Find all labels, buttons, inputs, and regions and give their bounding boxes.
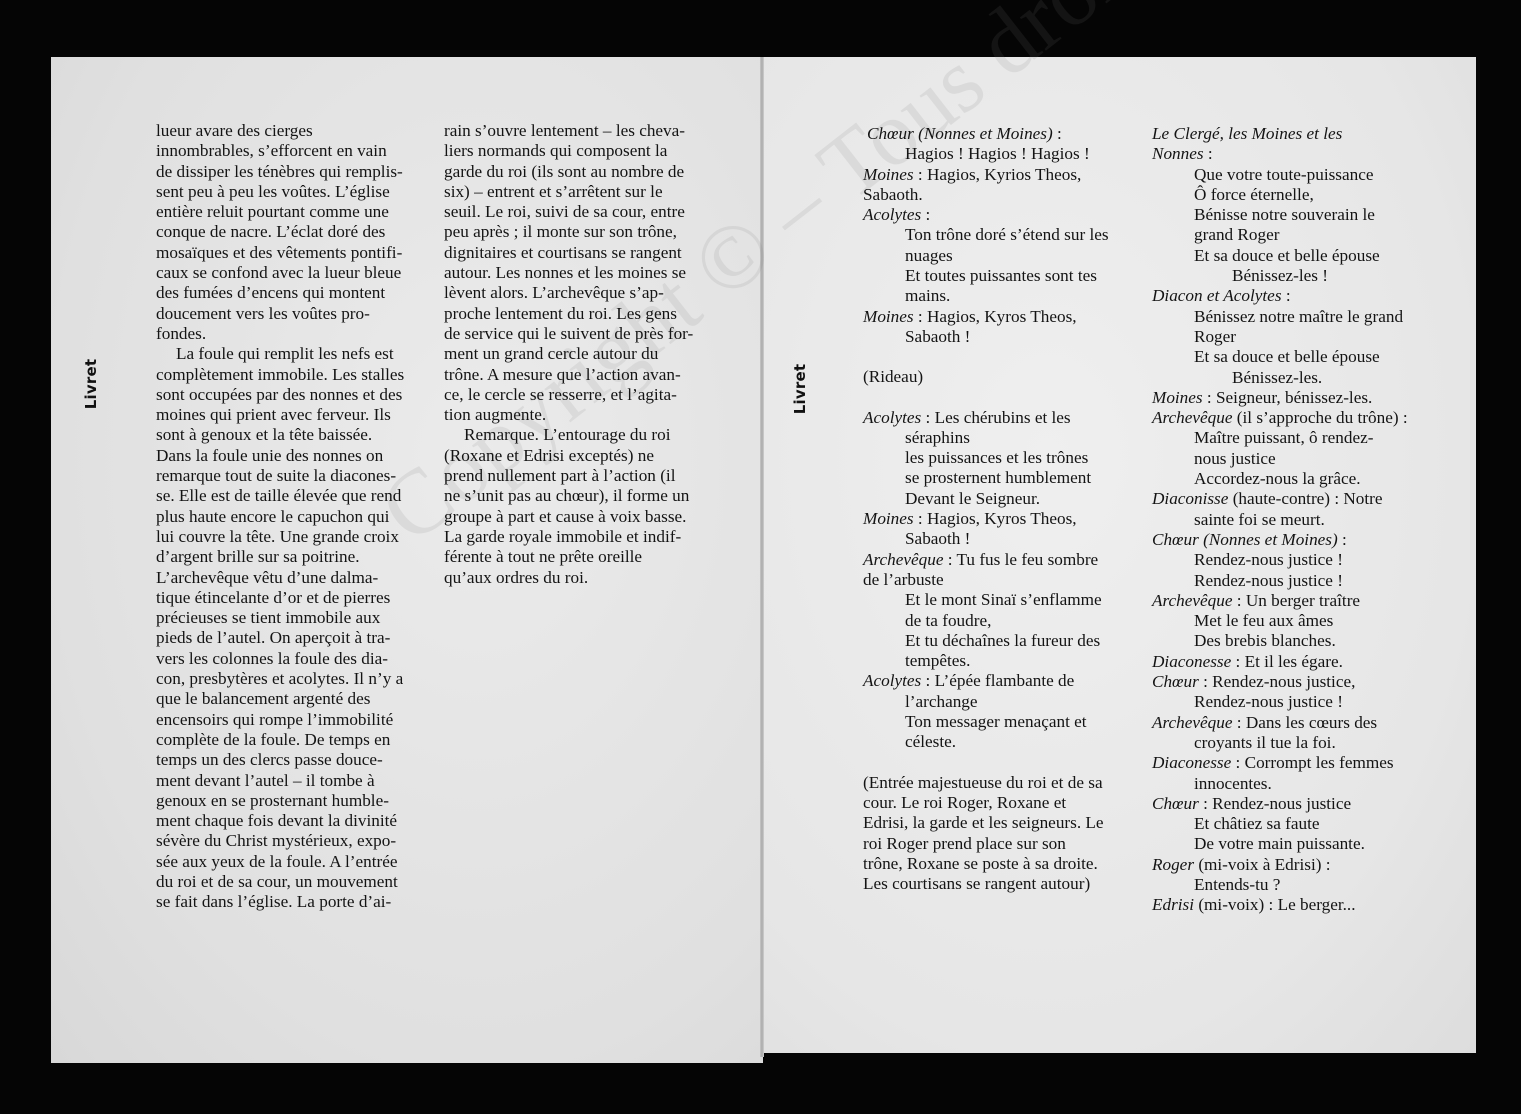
line-text: Bénissez notre maître le grand [1194,307,1403,326]
verse-line: Edrisi, la garde et les seigneurs. Le [863,813,1143,833]
verse-line: Ton messager menaçant et [863,712,1143,732]
text-line: caux se confond avec la lueur bleue [156,263,431,283]
line-text: se prosternent humblement [905,468,1091,487]
dialogue-line: Chœur : Rendez-nous justice [1152,794,1442,814]
speaker-name: Chœur [1152,794,1199,813]
text-line: complètement immobile. Les stalles [156,365,431,385]
verse-line: Les courtisans se rangent autour) [863,874,1143,894]
verse-line: tempêtes. [863,651,1143,671]
speaker-name: Acolytes [863,205,921,224]
speaker-name: Moines [863,509,914,528]
text-line: ment chaque fois devant la divinité [156,811,431,831]
line-text: Edrisi, la garde et les seigneurs. Le [863,813,1104,832]
text-line: tique étincelante d’or et de pierres [156,588,431,608]
line-text: Sabaoth. [863,185,923,204]
text-line: seuil. Le roi, suivi de sa cour, entre [444,202,724,222]
line-text: : Dans les cœurs des [1232,713,1377,732]
line-text: Roger [1194,327,1236,346]
speaker-name: Edrisi [1152,895,1194,914]
line-text: trône, Roxane se poste à sa droite. [863,854,1098,873]
line-text: Met le feu aux âmes [1194,611,1333,630]
line-text: (mi-voix) : Le berger... [1194,895,1355,914]
speaker-name: Archevêque [1152,591,1232,610]
speaker-name: Diaconisse [1152,489,1228,508]
verse-line: Ton trône doré s’étend sur les [863,225,1143,245]
speaker-name: Moines [1152,388,1203,407]
line-text: : Un berger traître [1232,591,1360,610]
speaker-name: Acolytes [863,408,921,427]
verse-line: de l’arbuste [863,570,1143,590]
line-text: De votre main puissante. [1194,834,1365,853]
text-line: du roi et de sa cour, un mouvement [156,872,431,892]
dialogue-line: Moines : Seigneur, bénissez-les. [1152,388,1442,408]
text-line: La foule qui remplit les nefs est [156,344,431,364]
dialogue-line: Diaconesse : Et il les égare. [1152,652,1442,672]
dialogue-line: Moines : Hagios, Kyros Theos, [863,509,1143,529]
line-text: de ta foudre, [905,611,991,630]
verse-line: Roger [1152,327,1442,347]
spacer [863,753,1143,773]
verse-line: mains. [863,286,1143,306]
line-text: Ton messager menaçant et [905,712,1087,731]
verse-line: Rendez-nous justice ! [1152,692,1442,712]
text-line: complète de la foule. De temps en [156,730,431,750]
line-text: Sabaoth ! [905,529,970,548]
line-text: Bénisse notre souverain le [1194,205,1375,224]
dialogue-line: Archevêque (il s’approche du trône) : [1152,408,1442,428]
line-text: croyants il tue la foi. [1194,733,1336,752]
line-text: (haute-contre) : Notre [1228,489,1382,508]
line-text: Rendez-nous justice ! [1194,571,1343,590]
line-text: les puissances et les trônes [905,448,1088,467]
verse-line: (Entrée majestueuse du roi et de sa [863,773,1143,793]
line-text: Et sa douce et belle épouse [1194,347,1380,366]
line-text: Et tu déchaînes la fureur des [905,631,1100,650]
verse-line: les puissances et les trônes [863,448,1143,468]
text-line: lueur avare des cierges [156,121,431,141]
spacer [863,347,1143,367]
text-line: sent peu à peu les voûtes. L’église [156,182,431,202]
dialogue-line: Diaconisse (haute-contre) : Notre [1152,489,1442,509]
verse-line: Des brebis blanches. [1152,631,1442,651]
verse-line: de ta foudre, [863,611,1143,631]
text-line: La garde royale immobile et indif- [444,527,724,547]
text-line: plus haute encore le capuchon qui [156,507,431,527]
dialogue-line: Acolytes : [863,205,1143,225]
verse-line: Ô force éternelle, [1152,185,1442,205]
dialogue-line: Moines : Hagios, Kyrios Theos, [863,165,1143,185]
line-text: Et toutes puissantes sont tes [905,266,1097,285]
line-text: Rendez-nous justice ! [1194,550,1343,569]
line-text: tempêtes. [905,651,970,670]
speaker-name: Diacon et Acolytes [1152,286,1282,305]
verse-line: trône, Roxane se poste à sa droite. [863,854,1143,874]
text-line: Remarque. L’entourage du roi [444,425,724,445]
text-line: qu’aux ordres du roi. [444,568,724,588]
line-text: Bénissez-les. [1232,368,1322,387]
text-line: que le balancement argenté des [156,689,431,709]
text-line: Dans la foule unie des nonnes on [156,446,431,466]
line-text: : [1053,124,1062,143]
dialogue-line: Archevêque : Dans les cœurs des [1152,713,1442,733]
text-line: lèvent alors. L’archevêque s’ap- [444,283,724,303]
line-text: : [1204,144,1213,163]
text-line: encensoirs qui rompe l’immobilité [156,710,431,730]
verse-line: se prosternent humblement [863,468,1143,488]
speaker-name: Chœur (Nonnes et Moines) [1152,530,1338,549]
verse-line: Devant le Seigneur. [863,489,1143,509]
line-text: (mi-voix à Edrisi) : [1194,855,1331,874]
dialogue-line: Archevêque : Un berger traître [1152,591,1442,611]
line-text: : [1338,530,1347,549]
line-text: Et châtiez sa faute [1194,814,1320,833]
speaker-name: Diaconesse [1152,753,1231,772]
line-text: Que votre toute-puissance [1194,165,1373,184]
verse-line: séraphins [863,428,1143,448]
text-line: peu après ; il monte sur son trône, [444,222,724,242]
speaker-name: Moines [863,165,914,184]
verse-line: innocentes. [1152,774,1442,794]
verse-line: Hagios ! Hagios ! Hagios ! [863,144,1143,164]
verse-line: (Rideau) [863,367,1143,387]
text-line: entière reluit pourtant comme une [156,202,431,222]
text-line: L’archevêque vêtu d’une dalma- [156,568,431,588]
line-text: (Entrée majestueuse du roi et de sa [863,773,1103,792]
text-line: groupe à part et cause à voix basse. [444,507,724,527]
line-text: séraphins [905,428,970,447]
verse-line: Bénissez-les ! [1152,266,1442,286]
verse-line: sainte foi se meurt. [1152,510,1442,530]
left-side-label: Livret [82,359,100,409]
line-text: Accordez-nous la grâce. [1194,469,1361,488]
dialogue-line: Chœur : Rendez-nous justice, [1152,672,1442,692]
text-line: conque de nacre. L’éclat doré des [156,222,431,242]
verse-line: De votre main puissante. [1152,834,1442,854]
verse-line: nuages [863,246,1143,266]
verse-line: Rendez-nous justice ! [1152,550,1442,570]
speaker-name: Acolytes [863,671,921,690]
verse-line: céleste. [863,732,1143,752]
verse-line: Et le mont Sinaï s’enflamme [863,590,1143,610]
speaker-name: Chœur [1152,672,1199,691]
line-text: nuages [905,246,953,265]
speaker-name: Archevêque [1152,713,1232,732]
text-line: sont à genoux et la tête baissée. [156,425,431,445]
verse-line: grand Roger [1152,225,1442,245]
dialogue-line: Le Clergé, les Moines et les [1152,124,1442,144]
text-line: de dissiper les ténèbres qui remplis- [156,162,431,182]
text-line: (Roxane et Edrisi exceptés) ne [444,446,724,466]
book-gutter [760,57,764,1057]
text-line: prend nullement part à l’action (il [444,466,724,486]
text-line: sont occupées par des nonnes et des [156,385,431,405]
text-line: se fait dans l’église. La porte d’ai- [156,892,431,912]
dialogue-line: Diaconesse : Corrompt les femmes [1152,753,1442,773]
left-page-column-2: rain s’ouvre lentement – les cheva-liers… [444,121,724,588]
right-page-column-2: Le Clergé, les Moines et lesNonnes :Que … [1152,124,1442,916]
text-line: férente à tout ne prête oreille [444,547,724,567]
text-line: tion augmente. [444,405,724,425]
text-line: fondes. [156,324,431,344]
text-line: temps un des clercs passe douce- [156,750,431,770]
line-text: : Rendez-nous justice, [1199,672,1356,691]
text-line: des fumées d’encens qui montent [156,283,431,303]
speaker-name: Diaconesse [1152,652,1231,671]
dialogue-line: Diacon et Acolytes : [1152,286,1442,306]
verse-line: nous justice [1152,449,1442,469]
line-text: : Corrompt les femmes [1231,753,1393,772]
line-text: Hagios ! Hagios ! Hagios ! [905,144,1090,163]
line-text: : Hagios, Kyrios Theos, [914,165,1082,184]
line-text: : Tu fus le feu sombre [943,550,1098,569]
verse-line: Et sa douce et belle épouse [1152,246,1442,266]
verse-line: Et toutes puissantes sont tes [863,266,1143,286]
verse-line: Rendez-nous justice ! [1152,571,1442,591]
line-text: : Et il les égare. [1231,652,1343,671]
verse-line: l’archange [863,692,1143,712]
text-line: remarque tout de suite la diacones- [156,466,431,486]
line-text: nous justice [1194,449,1276,468]
line-text: : [1282,286,1291,305]
line-text: Rendez-nous justice ! [1194,692,1343,711]
line-text: l’archange [905,692,978,711]
dialogue-line: Archevêque : Tu fus le feu sombre [863,550,1143,570]
text-line: vers les colonnes la foule des dia- [156,649,431,669]
spacer [863,388,1143,408]
text-line: genoux en se prosternant humble- [156,791,431,811]
line-text: de l’arbuste [863,570,944,589]
dialogue-line: Chœur (Nonnes et Moines) : [863,124,1143,144]
verse-line: Et tu déchaînes la fureur des [863,631,1143,651]
dialogue-line: Acolytes : L’épée flambante de [863,671,1143,691]
verse-line: roi Roger prend place sur son [863,834,1143,854]
line-text: Et le mont Sinaï s’enflamme [905,590,1102,609]
left-page-column-1: lueur avare des ciergesinnombrables, s’e… [156,121,431,913]
line-text: mains. [905,286,950,305]
text-line: ment devant l’autel – il tombe à [156,771,431,791]
line-text: : Rendez-nous justice [1199,794,1351,813]
line-text: Ton trône doré s’étend sur les [905,225,1109,244]
text-line: autour. Les nonnes et les moines se [444,263,724,283]
verse-line: Et sa douce et belle épouse [1152,347,1442,367]
line-text: : [921,205,930,224]
dialogue-line: Roger (mi-voix à Edrisi) : [1152,855,1442,875]
line-text: Maître puissant, ô rendez- [1194,428,1373,447]
speaker-name: Le Clergé, les Moines et les [1152,124,1342,143]
text-line: mosaïques et des vêtements pontifi- [156,243,431,263]
text-line: ment un grand cercle autour du [444,344,724,364]
text-line: ne s’unit pas au chœur), il forme un [444,486,724,506]
line-text: (Rideau) [863,367,923,386]
speaker-name: Roger [1152,855,1194,874]
text-line: con, presbytères et acolytes. Il n’y a [156,669,431,689]
text-line: moines qui prient avec ferveur. Ils [156,405,431,425]
text-line: précieuses se tient immobile aux [156,608,431,628]
text-line: six) – entrent et s’arrêtent sur le [444,182,724,202]
speaker-name: Nonnes [1152,144,1204,163]
line-text: Les courtisans se rangent autour) [863,874,1090,893]
line-text: innocentes. [1194,774,1272,793]
verse-line: Entends-tu ? [1152,875,1442,895]
text-line: d’argent brille sur sa poitrine. [156,547,431,567]
dialogue-line: Edrisi (mi-voix) : Le berger... [1152,895,1442,915]
verse-line: Bénissez notre maître le grand [1152,307,1442,327]
line-text: Entends-tu ? [1194,875,1280,894]
text-line: liers normands qui composent la [444,141,724,161]
text-line: lui couvre la tête. Une grande croix [156,527,431,547]
line-text: Ô force éternelle, [1194,185,1314,204]
line-text: : Hagios, Kyros Theos, [914,509,1077,528]
dialogue-line: Chœur (Nonnes et Moines) : [1152,530,1442,550]
line-text: : L’épée flambante de [921,671,1074,690]
dialogue-line: Moines : Hagios, Kyros Theos, [863,307,1143,327]
line-text: grand Roger [1194,225,1279,244]
text-line: innombrables, s’efforcent en vain [156,141,431,161]
line-text: sainte foi se meurt. [1194,510,1325,529]
text-line: dignitaires et courtisans se rangent [444,243,724,263]
line-text: : Seigneur, bénissez-les. [1203,388,1373,407]
text-line: rain s’ouvre lentement – les cheva- [444,121,724,141]
verse-line: Bénissez-les. [1152,368,1442,388]
text-line: se. Elle est de taille élevée que rend [156,486,431,506]
line-text: Devant le Seigneur. [905,489,1040,508]
line-text: Bénissez-les ! [1232,266,1328,285]
speaker-name: Archevêque [863,550,943,569]
line-text: Et sa douce et belle épouse [1194,246,1380,265]
verse-line: Que votre toute-puissance [1152,165,1442,185]
right-page-column-1: Chœur (Nonnes et Moines) :Hagios ! Hagio… [863,124,1143,894]
speaker-name: Moines [863,307,914,326]
line-text: : Hagios, Kyros Theos, [914,307,1077,326]
right-side-label: Livret [791,364,809,414]
verse-line: Bénisse notre souverain le [1152,205,1442,225]
verse-line: Met le feu aux âmes [1152,611,1442,631]
line-text: Des brebis blanches. [1194,631,1336,650]
text-line: sée aux yeux de la foule. A l’entrée [156,852,431,872]
verse-line: croyants il tue la foi. [1152,733,1442,753]
text-line: de service qui le suivent de près for- [444,324,724,344]
text-line: pieds de l’autel. On aperçoit à tra- [156,628,431,648]
line-text: céleste. [905,732,956,751]
line-text: (il s’approche du trône) : [1232,408,1407,427]
text-line: proche lentement du roi. Les gens [444,304,724,324]
verse-line: cour. Le roi Roger, Roxane et [863,793,1143,813]
dialogue-line: Nonnes : [1152,144,1442,164]
line-text: Sabaoth ! [905,327,970,346]
text-line: garde du roi (ils sont au nombre de [444,162,724,182]
line-text: cour. Le roi Roger, Roxane et [863,793,1066,812]
verse-line: Sabaoth ! [863,529,1143,549]
line-text: : Les chérubins et les [921,408,1070,427]
dialogue-line: Acolytes : Les chérubins et les [863,408,1143,428]
verse-line: Sabaoth. [863,185,1143,205]
text-line: ce, le cercle se resserre, et l’agita- [444,385,724,405]
text-line: doucement vers les voûtes pro- [156,304,431,324]
verse-line: Et châtiez sa faute [1152,814,1442,834]
speaker-name: Archevêque [1152,408,1232,427]
verse-line: Accordez-nous la grâce. [1152,469,1442,489]
speaker-name: Chœur (Nonnes et Moines) [867,124,1053,143]
text-line: trône. A mesure que l’action avan- [444,365,724,385]
verse-line: Sabaoth ! [863,327,1143,347]
line-text: roi Roger prend place sur son [863,834,1066,853]
verse-line: Maître puissant, ô rendez- [1152,428,1442,448]
text-line: sévère du Christ mystérieux, expo- [156,831,431,851]
